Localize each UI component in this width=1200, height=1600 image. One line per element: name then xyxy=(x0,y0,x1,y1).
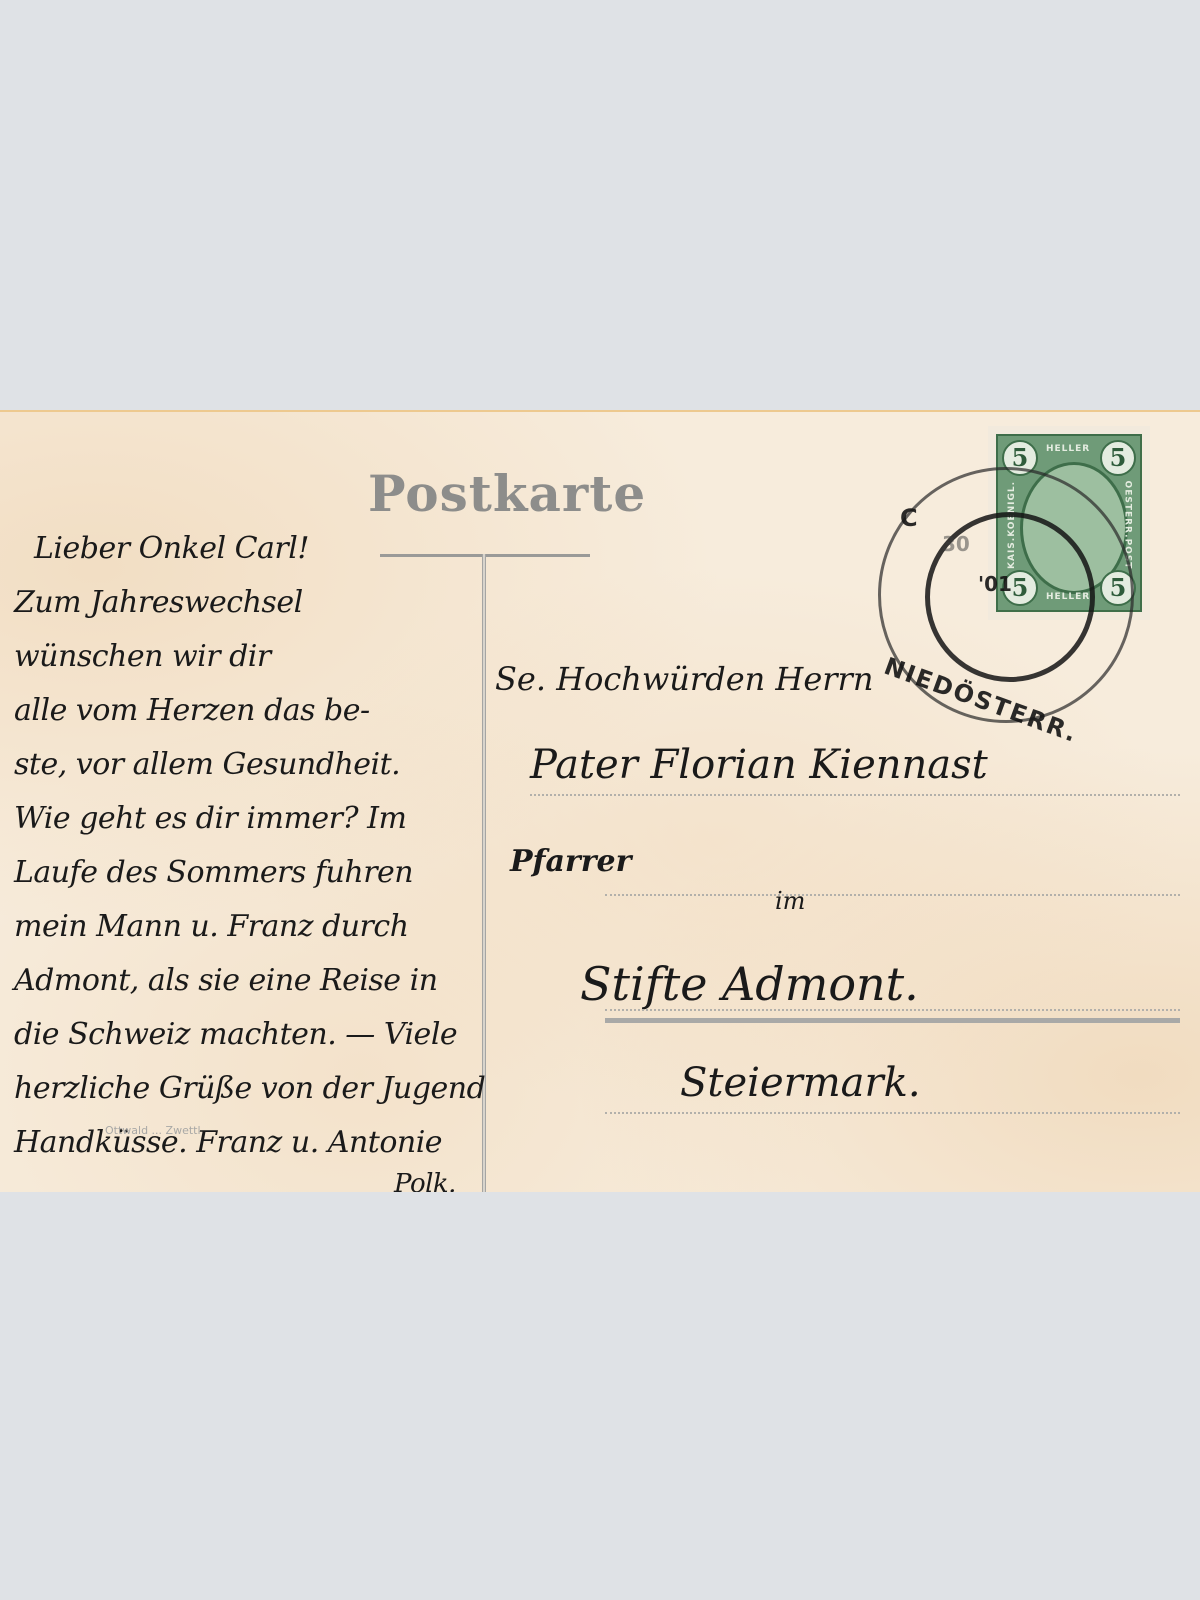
message-line: alle vom Herzen das be- xyxy=(14,684,494,738)
address-dotted-line xyxy=(605,1112,1180,1114)
message-line: Lieber Onkel Carl! xyxy=(34,522,494,576)
address-dotted-line xyxy=(530,794,1180,796)
address-dotted-line xyxy=(605,1009,1180,1011)
message-line: Admont, als sie eine Reise in xyxy=(14,954,494,1008)
address-place: Stifte Admont. xyxy=(580,957,919,1011)
postmark-letter: C xyxy=(900,504,918,532)
message-line: herzliche Grüße von der Jugend xyxy=(14,1062,494,1116)
message-line: mein Mann u. Franz durch xyxy=(14,900,494,954)
postmark-year: '01 xyxy=(978,572,1012,596)
postcard: Postkarte Lieber Onkel Carl! Zum Jahresw… xyxy=(0,410,1200,1192)
stamp-value: 5 xyxy=(1100,440,1136,476)
address-preposition: im xyxy=(775,887,805,915)
address-dotted-line xyxy=(605,894,1180,896)
message-line: Laufe des Sommers fuhren xyxy=(14,846,494,900)
address-region: Steiermark. xyxy=(680,1060,921,1106)
address-thick-rule xyxy=(605,1018,1180,1023)
message-line: Handküsse. Franz u. Antonie xyxy=(14,1116,494,1170)
signature: Polk. xyxy=(394,1170,494,1192)
postcard-printed-title: Postkarte xyxy=(368,464,646,523)
printer-mark: Ottwald ... Zwettl xyxy=(105,1124,201,1137)
message-line: ste, vor allem Gesundheit. xyxy=(14,738,494,792)
address-salutation: Se. Hochwürden Herrn xyxy=(495,660,873,698)
stamp-unit-top: HELLER xyxy=(1046,444,1090,454)
message-line: wünschen wir dir xyxy=(14,630,494,684)
address-title: Pfarrer xyxy=(510,844,631,879)
message-line: Zum Jahreswechsel xyxy=(14,576,494,630)
address-name: Pater Florian Kiennast xyxy=(530,742,988,788)
handwritten-message: Lieber Onkel Carl! Zum Jahreswechsel wün… xyxy=(14,522,494,1192)
postmark-date: 30 xyxy=(942,532,970,556)
message-line: Wie geht es dir immer? Im xyxy=(14,792,494,846)
message-line: die Schweiz machten. — Viele xyxy=(14,1008,494,1062)
